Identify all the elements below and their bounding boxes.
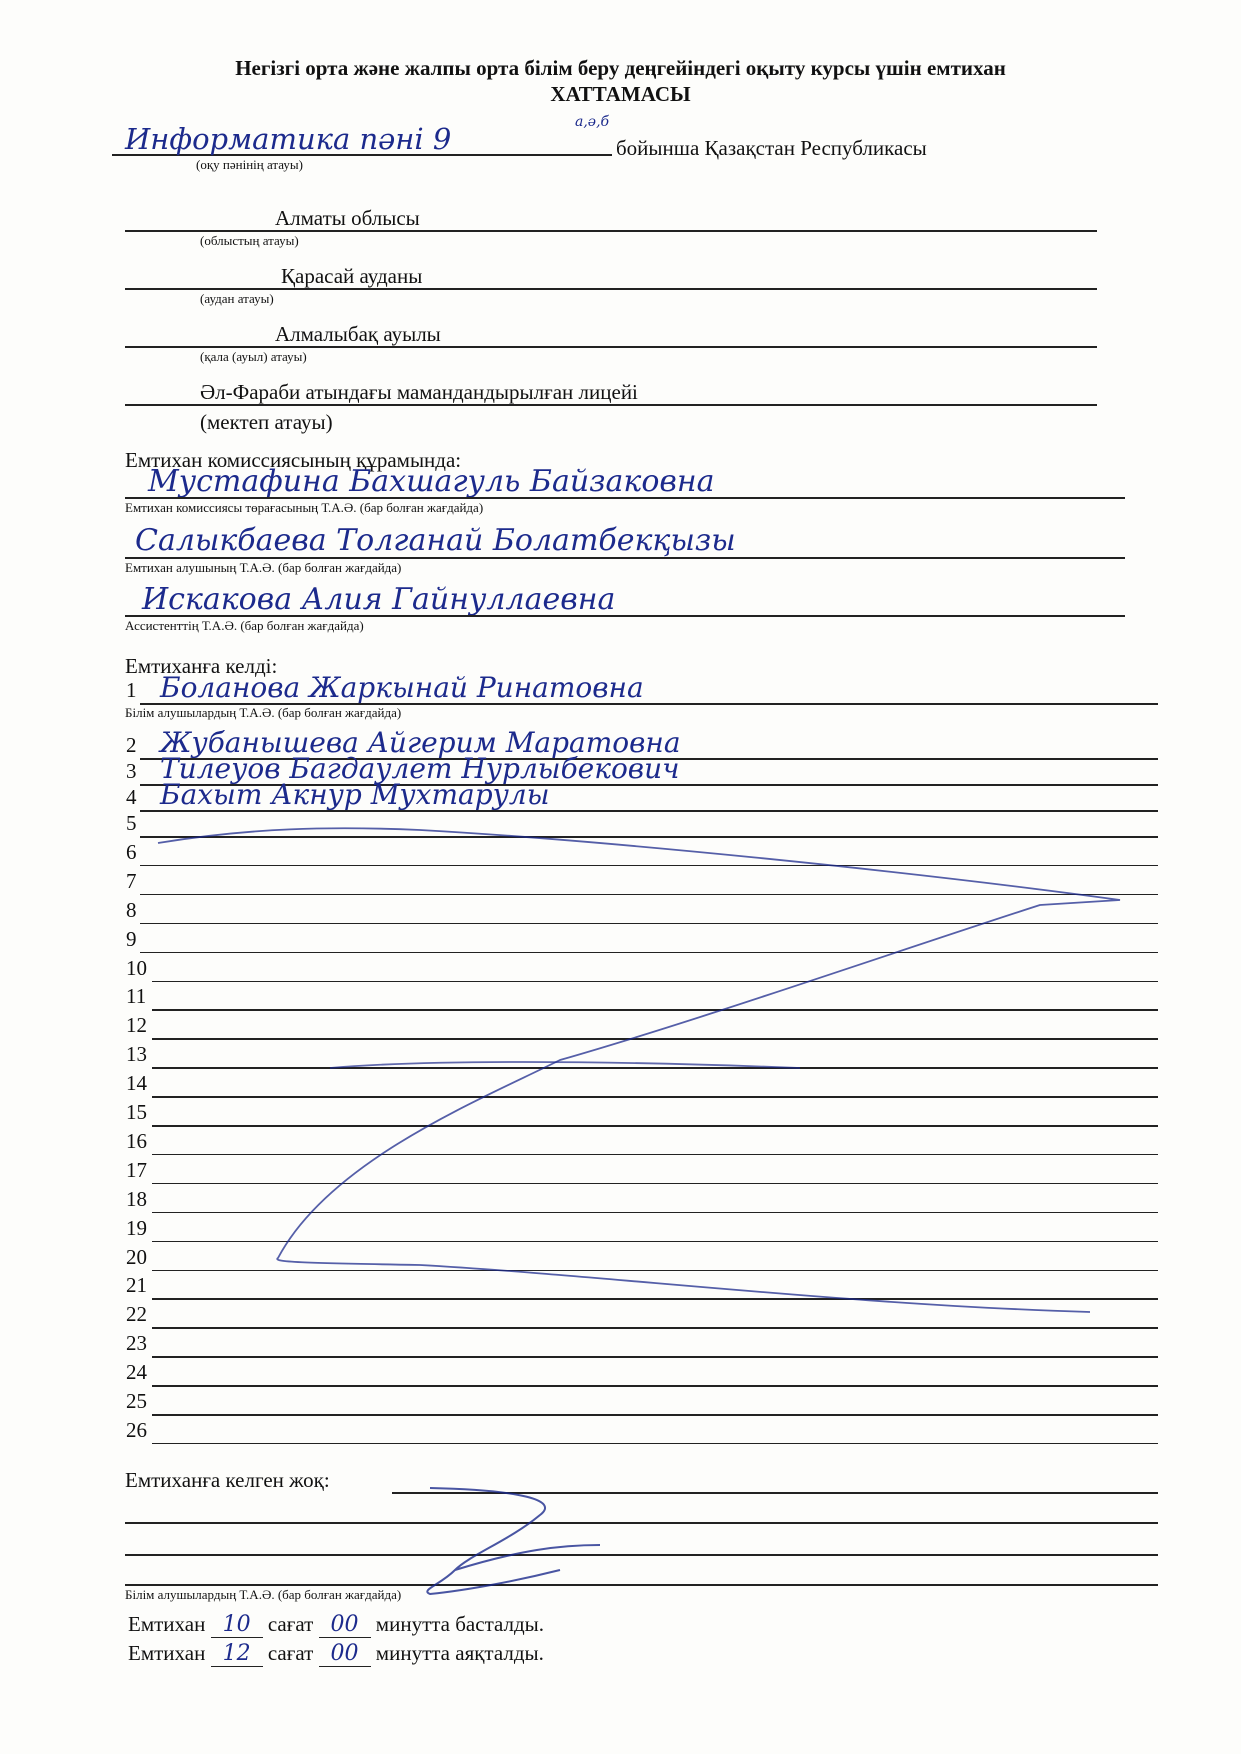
- student-line: [140, 894, 1158, 896]
- subject-handwritten: Информатика пәні 9: [125, 122, 451, 156]
- line-number: 11: [126, 984, 146, 1009]
- absent-underline-1: [392, 1492, 1158, 1494]
- student-line: [152, 1443, 1158, 1445]
- line-number: 19: [126, 1216, 147, 1241]
- absent-underline-4: [125, 1584, 1158, 1586]
- absent-heading: Емтиханға келген жоқ:: [125, 1468, 330, 1493]
- student-line: [152, 1356, 1158, 1358]
- student-line: [152, 1270, 1158, 1272]
- village-underline: [125, 346, 1097, 348]
- end-time-line: Емтихан 12 сағат 00 минутта аяқталды.: [128, 1641, 544, 1667]
- student-line: [152, 1183, 1158, 1185]
- region-value: Алматы облысы: [275, 206, 420, 231]
- line-number: 21: [126, 1273, 147, 1298]
- line-number: 22: [126, 1302, 147, 1327]
- start-prefix: Емтихан: [128, 1612, 205, 1636]
- examiner-caption: Емтихан алушының Т.А.Ә. (бар болған жағд…: [125, 560, 401, 576]
- student-line: [140, 923, 1158, 925]
- line-number: 25: [126, 1389, 147, 1414]
- assistant-underline: [125, 615, 1125, 617]
- student-line: [152, 1414, 1158, 1416]
- end-minute: 00: [319, 1641, 371, 1667]
- document-title: Негізгі орта және жалпы орта білім беру …: [0, 55, 1241, 81]
- school-underline: [125, 404, 1097, 406]
- student-line: [152, 1298, 1158, 1300]
- district-underline: [125, 288, 1097, 290]
- line-number: 18: [126, 1187, 147, 1212]
- line-number: 4: [126, 785, 137, 810]
- school-caption: (мектеп атауы): [200, 410, 333, 435]
- student-line: [152, 1009, 1158, 1011]
- absent-caption: Білім алушылардың Т.А.Ә. (бар болған жағ…: [125, 1587, 401, 1603]
- start-suffix: минутта басталды.: [376, 1612, 544, 1636]
- village-caption: (қала (ауыл) атауы): [200, 349, 307, 365]
- attended-caption: Білім алушылардың Т.А.Ә. (бар болған жағ…: [125, 705, 401, 721]
- line-number: 13: [126, 1042, 147, 1067]
- student-line: [152, 981, 1158, 983]
- district-caption: (аудан атауы): [200, 291, 274, 307]
- line-number: 17: [126, 1158, 147, 1183]
- examiner-underline: [125, 557, 1125, 559]
- student-line: [152, 1096, 1158, 1098]
- subject-caption: (оқу пәнінің атауы): [196, 157, 303, 173]
- grade-superscript: а,ә,б: [575, 114, 609, 130]
- line-number: 6: [126, 840, 137, 865]
- student-name: Боланова Жаркынай Ринатовна: [160, 671, 644, 704]
- line-number: 3: [126, 759, 137, 784]
- student-line: [140, 836, 1158, 838]
- end-prefix: Емтихан: [128, 1641, 205, 1665]
- start-time-line: Емтихан 10 сағат 00 минутта басталды.: [128, 1612, 544, 1638]
- line-number: 7: [126, 869, 137, 894]
- student-line: [152, 1154, 1158, 1156]
- village-value: Алмалыбақ ауылы: [275, 322, 441, 347]
- assistant-name: Искакова Алия Гайнуллаевна: [142, 582, 615, 617]
- line-number: 1: [126, 678, 137, 703]
- school-value: Әл-Фараби атындағы мамандандырылған лице…: [200, 380, 638, 405]
- line-number: 20: [126, 1245, 147, 1270]
- line-number: 2: [126, 733, 137, 758]
- absent-underline-3: [125, 1554, 1158, 1556]
- end-suffix: минутта аяқталды.: [376, 1641, 544, 1665]
- subject-suffix: бойынша Қазақстан Республикасы: [616, 136, 927, 161]
- line-number: 24: [126, 1360, 147, 1385]
- student-line: [152, 1241, 1158, 1243]
- absent-underline-2: [125, 1522, 1158, 1524]
- line-number: 14: [126, 1071, 147, 1096]
- line-number: 8: [126, 898, 137, 923]
- document-title-protocol: ХАТТАМАСЫ: [0, 81, 1241, 107]
- line-number: 15: [126, 1100, 147, 1125]
- line-number: 9: [126, 927, 137, 952]
- student-line: [152, 1067, 1158, 1069]
- line-number: 23: [126, 1331, 147, 1356]
- chair-caption: Емтихан комиссиясы төрағасының Т.А.Ә. (б…: [125, 500, 483, 516]
- examiner-name: Салыкбаева Толганай Болатбекқызы: [135, 523, 736, 558]
- assistant-caption: Ассистенттің Т.А.Ә. (бар болған жағдайда…: [125, 618, 364, 634]
- start-minute: 00: [319, 1612, 371, 1638]
- student-line: [152, 1125, 1158, 1127]
- district-value: Қарасай ауданы: [281, 264, 422, 289]
- region-underline: [125, 230, 1097, 232]
- student-line: [140, 952, 1158, 954]
- student-line: [152, 1038, 1158, 1040]
- line-number: 12: [126, 1013, 147, 1038]
- region-caption: (облыстың атауы): [200, 233, 299, 249]
- student-line: [140, 865, 1158, 867]
- line-number: 10: [126, 956, 147, 981]
- chair-name: Мустафина Бахшагуль Байзаковна: [148, 464, 715, 499]
- start-hour: 10: [211, 1612, 263, 1638]
- line-number: 5: [126, 811, 137, 836]
- end-mid: сағат: [268, 1641, 313, 1665]
- line-number: 16: [126, 1129, 147, 1154]
- student-line: [152, 1327, 1158, 1329]
- chair-underline: [125, 497, 1125, 499]
- start-mid: сағат: [268, 1612, 313, 1636]
- student-line: [152, 1212, 1158, 1214]
- end-hour: 12: [211, 1641, 263, 1667]
- line-number: 26: [126, 1418, 147, 1443]
- student-name: Бахыт Акнур Мухтарулы: [160, 778, 550, 811]
- student-line: [152, 1385, 1158, 1387]
